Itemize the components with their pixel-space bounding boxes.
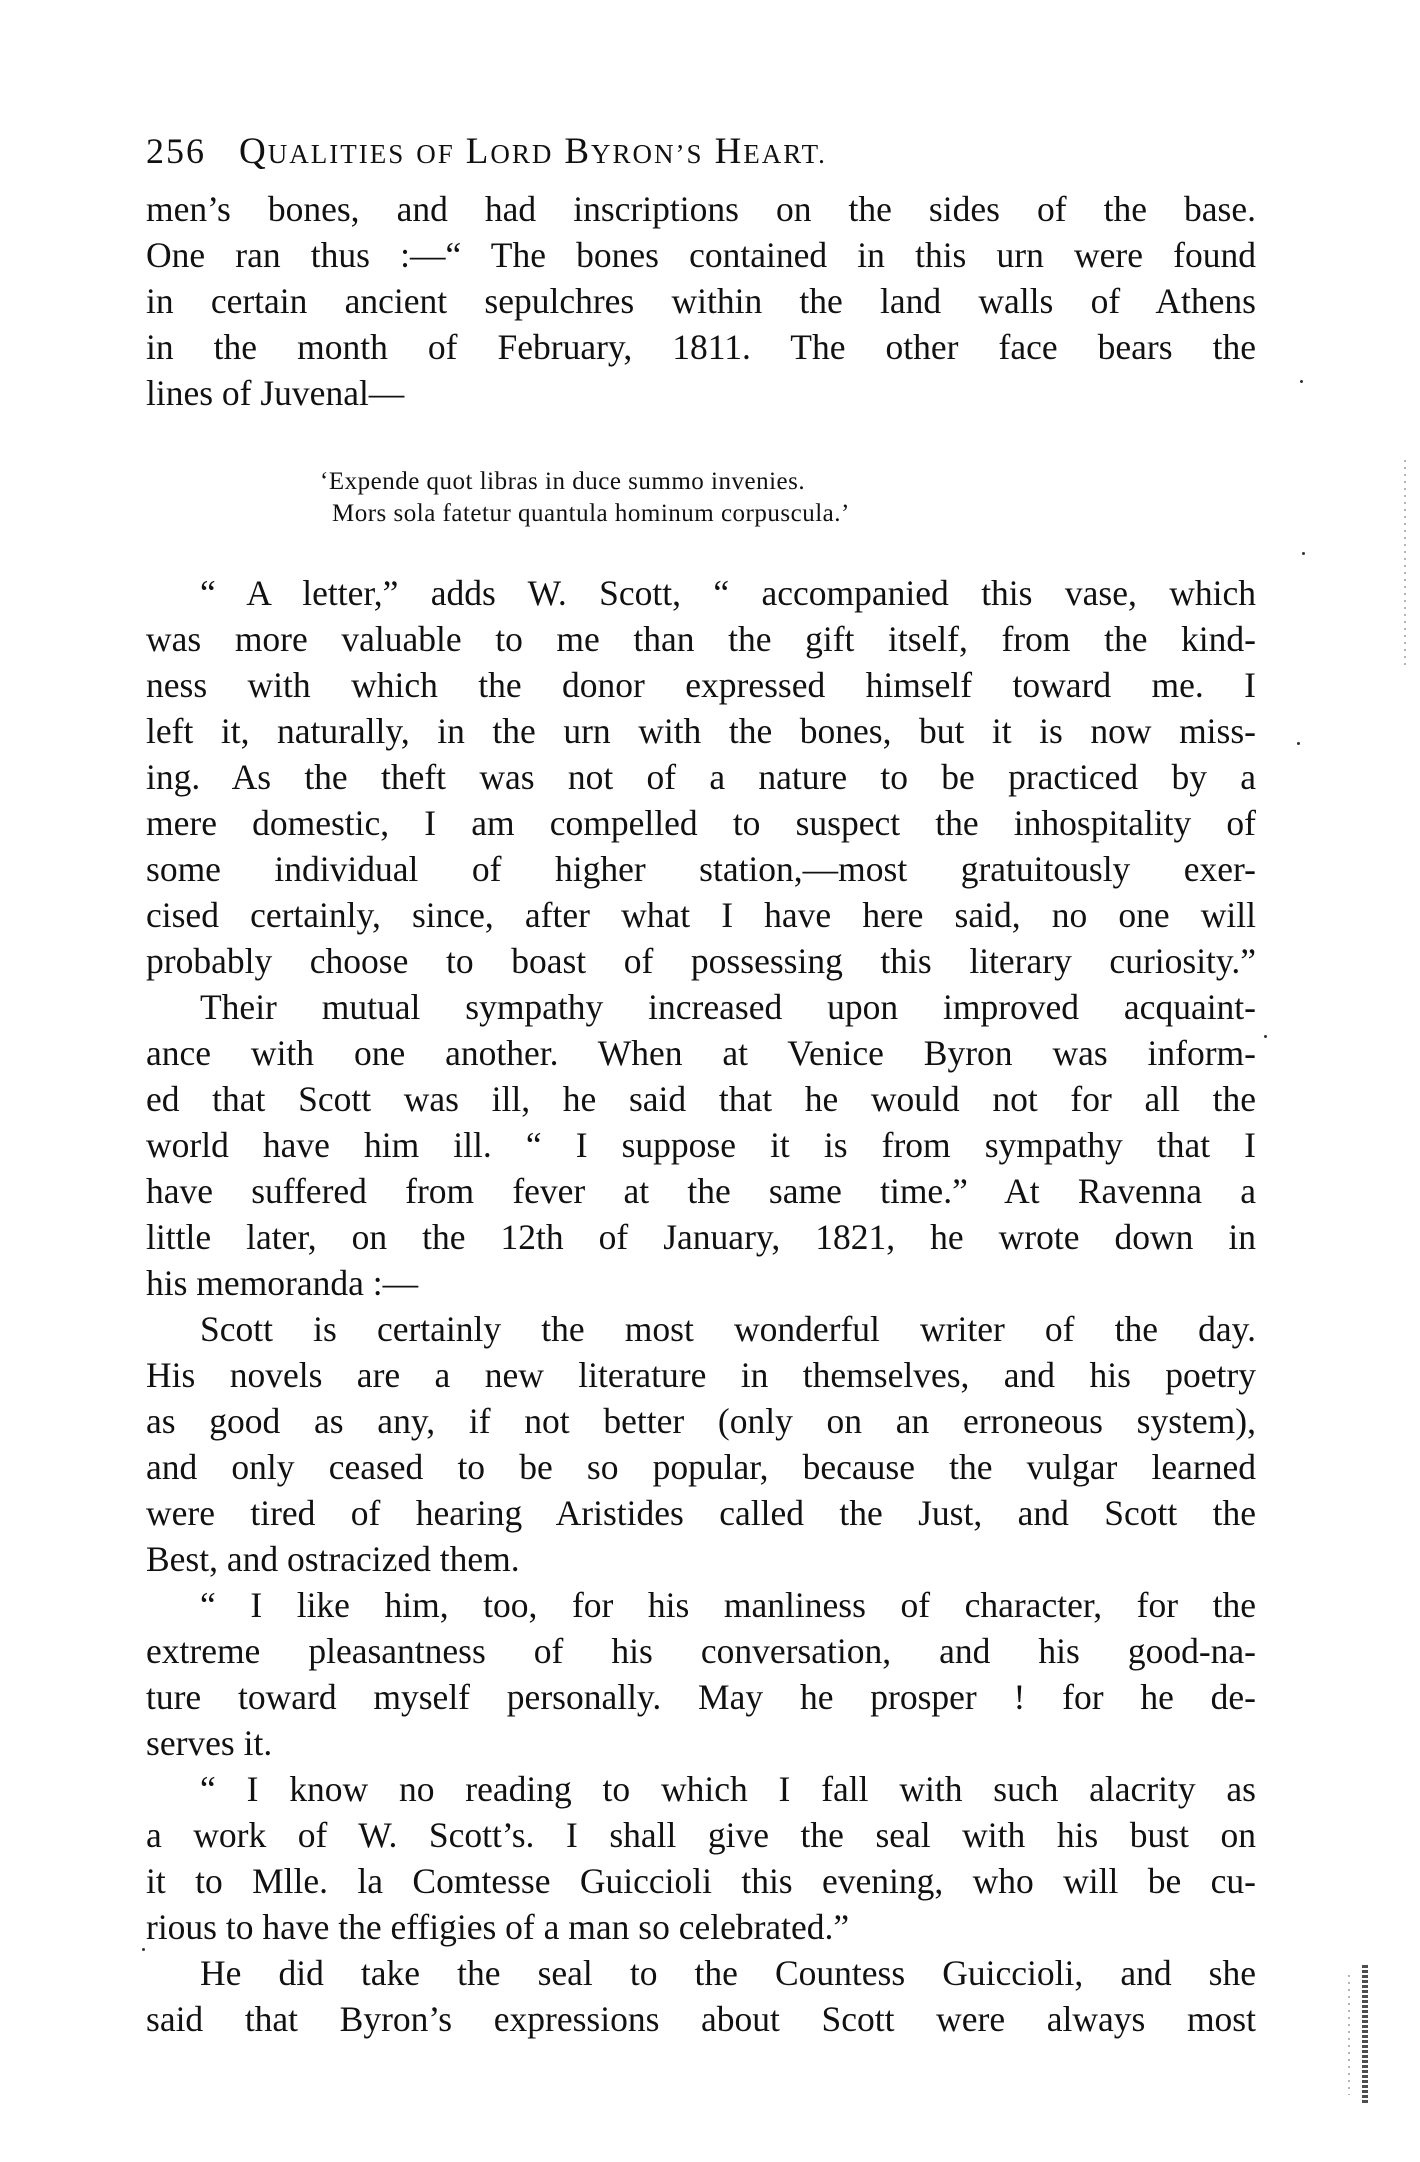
text-line: probably choose to boast of possessing t…	[146, 942, 1256, 980]
text-line: said that Byron’s expressions about Scot…	[146, 2000, 1256, 2038]
text-line: “ I know no reading to which I fall with…	[200, 1770, 1256, 1808]
text-line: One ran thus :—“ The bones contained in …	[146, 236, 1256, 274]
text-line: in the month of February, 1811. The othe…	[146, 328, 1256, 366]
verse-line: Mors sola fatetur quantula hominum corpu…	[332, 500, 850, 528]
text-line: Scott is certainly the most wonderful wr…	[200, 1310, 1256, 1348]
text-line: rious to have the effigies of a man so c…	[146, 1908, 1256, 1946]
scan-speck	[1300, 380, 1303, 383]
text-line: “ I like him, too, for his manliness of …	[200, 1586, 1256, 1624]
scan-speck	[142, 1948, 145, 1951]
text-line: have suffered from fever at the same tim…	[146, 1172, 1256, 1210]
text-line: extreme pleasantness of his conversation…	[146, 1632, 1256, 1670]
text-line: ed that Scott was ill, he said that he w…	[146, 1080, 1256, 1118]
text-line: as good as any, if not better (only on a…	[146, 1402, 1256, 1440]
text-line: it to Mlle. la Comtesse Guiccioli this e…	[146, 1862, 1256, 1900]
text-line: his memoranda :—	[146, 1264, 1256, 1302]
text-line: He did take the seal to the Countess Gui…	[200, 1954, 1256, 1992]
text-line: His novels are a new literature in thems…	[146, 1356, 1256, 1394]
text-line: ing. As the theft was not of a nature to…	[146, 758, 1256, 796]
text-line: cised certainly, since, after what I hav…	[146, 896, 1256, 934]
text-line: some individual of higher station,—most …	[146, 850, 1256, 888]
page-number: 256	[146, 131, 206, 171]
text-line: serves it.	[146, 1724, 1256, 1762]
text-line: world have him ill. “ I suppose it is fr…	[146, 1126, 1256, 1164]
text-line: a work of W. Scott’s. I shall give the s…	[146, 1816, 1256, 1854]
verse-line: ‘Expende quot libras in duce summo inven…	[320, 468, 805, 496]
text-line: Their mutual sympathy increased upon imp…	[200, 988, 1256, 1026]
text-line: were tired of hearing Aristides called t…	[146, 1494, 1256, 1532]
book-page: 256 QUALITIES OF LORD BYRON’S HEART. men…	[0, 0, 1420, 2162]
text-line: lines of Juvenal—	[146, 374, 1256, 412]
text-line: was more valuable to me than the gift it…	[146, 620, 1256, 658]
header-title: QUALITIES OF LORD BYRON’S HEART.	[239, 131, 827, 171]
scan-speck	[1264, 1035, 1267, 1038]
text-line: little later, on the 12th of January, 18…	[146, 1218, 1256, 1256]
scan-artifact	[1348, 1975, 1350, 2095]
text-line: ture toward myself personally. May he pr…	[146, 1678, 1256, 1716]
text-line: mere domestic, I am compelled to suspect…	[146, 804, 1256, 842]
running-header: 256 QUALITIES OF LORD BYRON’S HEART.	[146, 130, 1266, 173]
scan-speck	[1297, 742, 1300, 745]
scan-artifact	[1404, 460, 1406, 670]
text-line: men’s bones, and had inscriptions on the…	[146, 190, 1256, 228]
text-line: left it, naturally, in the urn with the …	[146, 712, 1256, 750]
text-line: ance with one another. When at Venice By…	[146, 1034, 1256, 1072]
scan-artifact	[1362, 1965, 1368, 2105]
text-line: ness with which the donor expressed hims…	[146, 666, 1256, 704]
text-line: Best, and ostracized them.	[146, 1540, 1256, 1578]
text-line: in certain ancient sepulchres within the…	[146, 282, 1256, 320]
scan-speck	[1302, 552, 1305, 555]
text-line: “ A letter,” adds W. Scott, “ accompanie…	[200, 574, 1256, 612]
text-line: and only ceased to be so popular, becaus…	[146, 1448, 1256, 1486]
